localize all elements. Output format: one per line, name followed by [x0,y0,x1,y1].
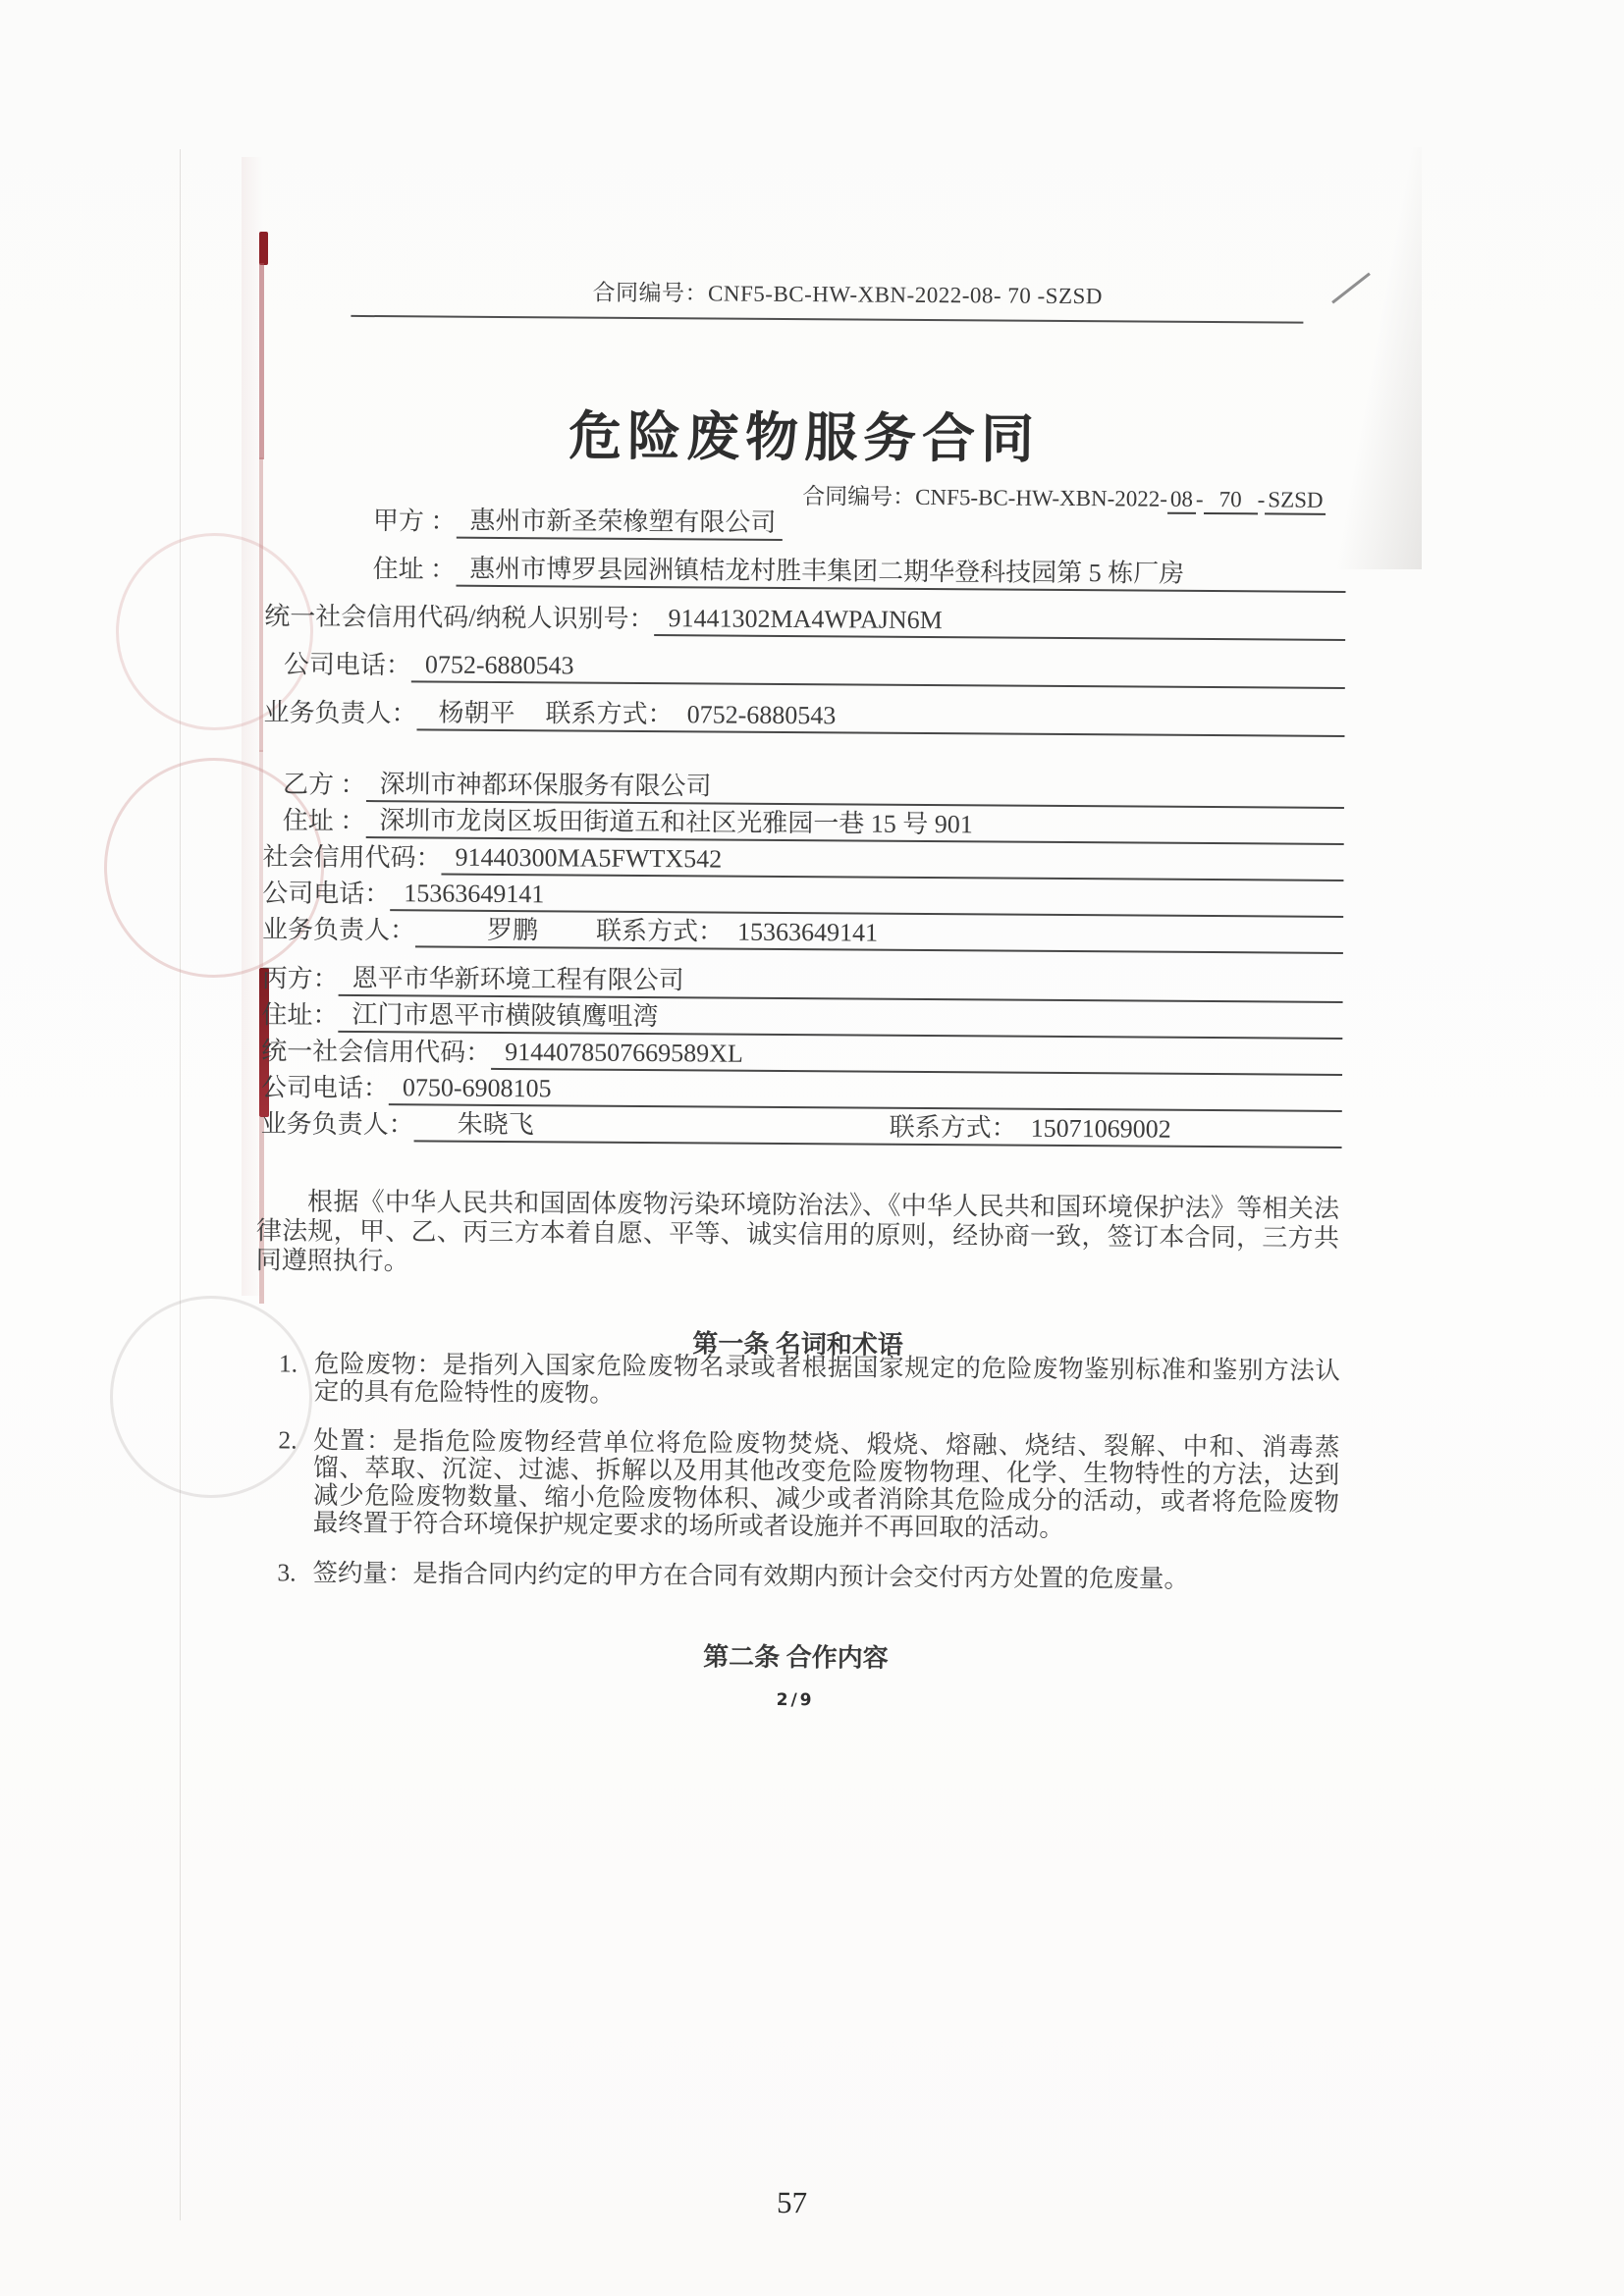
field-label: 公司电话： [261,1072,389,1105]
party-b-phone-row: 公司电话： 15363649141 [258,877,1343,918]
field-value: 惠州市博罗县园洲镇桔龙村胜丰集团二期华登科技园第 5 栋厂房 [456,554,1346,593]
contact-label: 联系方式： [596,916,737,947]
party-b-credit-code-row: 社会信用代码： 91440300MA5FWTX542 [258,840,1343,881]
header-underline [351,315,1303,324]
sheet-content: 合同编号：CNF5-BC-HW-XBN-2022-08- 70 -SZSD 危险… [0,0,1624,2296]
field-value: 朱晓飞 联系方式： 15071069002 [414,1108,1342,1148]
party-c-contact-row: 业务负责人： 朱晓飞 联系方式： 15071069002 [257,1107,1342,1148]
field-label: 公司电话： [284,649,411,682]
contract-number-dash: - [1196,487,1204,511]
field-label: 统一社会信用代码： [261,1036,491,1070]
scanned-contract-page: 合同编号：CNF5-BC-HW-XBN-2022-08- 70 -SZSD 危险… [0,0,1624,2296]
contract-number-label: 合同编号： [802,484,915,509]
field-label: 业务负责人： [263,697,416,730]
field-value: 深圳市神都环保服务有限公司 [365,769,1344,809]
field-value: 0750-6908105 [389,1072,1342,1112]
field-value: 恩平市华新环境工程有限公司 [339,963,1343,1003]
party-b-block: 乙方 ： 深圳市神都环保服务有限公司 住址 ： 深圳市龙岗区坂田街道五和社区光雅… [258,768,1344,957]
term-item-3: 3. 签约量：是指合同内约定的甲方在合同有效期内预计会交付丙方处置的危废量。 [253,1559,1338,1594]
contact-name: 杨朝平 [431,697,546,728]
term-number: 3. [277,1559,296,1586]
term-number: 1. [279,1350,298,1377]
field-value: 惠州市新圣荣橡塑有限公司 [456,506,782,541]
field-value: 罗鹏 联系方式： 15363649141 [415,914,1343,954]
term-text: 签约量：是指合同内约定的甲方在合同有效期内预计会交付丙方处置的危废量。 [312,1559,1189,1593]
intro-paragraph: 根据《中华人民共和国固体废物污染环境防治法》、《中华人民共和国环境保护法》等相关… [256,1187,1340,1283]
contact-number: 0752-6880543 [687,699,1339,734]
sheet-page-number: 57 [249,2181,1334,2224]
contact-name: 朱晓飞 [428,1108,890,1142]
field-label: 甲方 ： [373,506,457,539]
party-c-block: 丙方： 恩平市华新环境工程有限公司 住址： 江门市恩平市横陂镇鹰咀湾 统一社会信… [257,962,1343,1151]
field-label: 住址 ： [283,805,366,838]
term-number: 2. [278,1426,297,1454]
page-title: 危险废物服务合同 [261,392,1347,475]
contract-number-prefix: CNF5-BC-HW-XBN-2022- [915,485,1167,511]
term-item-1: 1. 危险废物：是指列入国家危险废物名录或者根据国家规定的危险废物鉴别标准和鉴别… [255,1350,1340,1413]
field-label: 统一社会信用代码/纳税人识别号： [264,601,654,636]
contact-number: 15071069002 [1031,1113,1336,1146]
field-label: 乙方 ： [283,769,366,802]
party-a-name-row: 甲方 ： 惠州市新圣荣橡塑有限公司 [261,504,1346,545]
party-c-credit-code-row: 统一社会信用代码： 9144078507669589XL [257,1035,1342,1076]
field-value: 深圳市龙岗区坂田街道五和社区光雅园一巷 15 号 901 [365,805,1344,845]
field-value: 杨朝平 联系方式： 0752-6880543 [416,697,1344,737]
contact-label: 联系方式： [890,1112,1031,1144]
contact-number: 15363649141 [737,917,1337,951]
field-label: 业务负责人： [262,914,415,947]
party-a-address-row: 住址 ： 惠州市博罗县园洲镇桔龙村胜丰集团二期华登科技园第 5 栋厂房 [261,552,1346,593]
section-2-heading: 第二条 合作内容 [253,1633,1338,1678]
field-label: 丙方： [262,963,339,996]
party-c-address-row: 住址： 江门市恩平市横陂镇鹰咀湾 [257,998,1342,1040]
contact-label: 联系方式： [546,698,687,729]
field-value: 江门市恩平市横陂镇鹰咀湾 [338,999,1342,1040]
party-b-name-row: 乙方 ： 深圳市神都环保服务有限公司 [259,768,1344,809]
party-c-phone-row: 公司电话： 0750-6908105 [257,1071,1342,1112]
party-a-phone-row: 公司电话： 0752-6880543 [260,648,1345,689]
field-value: 9144078507669589XL [491,1037,1342,1076]
page-indicator: 2/9 [253,1686,1338,1714]
term-text: 危险废物：是指列入国家危险废物名录或者根据国家规定的危险废物鉴别标准和鉴别方法认… [314,1350,1340,1408]
field-value: 91440300MA5FWTX542 [441,842,1343,881]
field-label: 公司电话： [262,878,390,911]
field-label: 社会信用代码： [262,841,441,875]
party-a-contact-row: 业务负责人： 杨朝平 联系方式： 0752-6880543 [259,696,1344,737]
term-item-2: 2. 处置：是指危险废物经营单位将危险废物焚烧、煅烧、熔融、烧结、裂解、中和、消… [254,1426,1340,1544]
party-c-name-row: 丙方： 恩平市华新环境工程有限公司 [258,962,1343,1003]
field-value: 0752-6880543 [411,649,1345,689]
field-label: 住址 ： [373,554,457,587]
field-label: 住址： [261,999,338,1033]
party-a-credit-code-row: 统一社会信用代码/纳税人识别号： 91441302MA4WPAJN6M [260,600,1345,641]
party-a-block: 甲方 ： 惠州市新圣荣橡塑有限公司 住址 ： 惠州市博罗县园洲镇桔龙村胜丰集团二… [259,504,1346,752]
party-b-contact-row: 业务负责人： 罗鹏 联系方式： 15363649141 [258,913,1343,954]
field-value: 91441302MA4WPAJN6M [654,603,1345,641]
header-contract-number: 合同编号：CNF5-BC-HW-XBN-2022-08- 70 -SZSD [592,275,1103,311]
term-text: 处置：是指危险废物经营单位将危险废物焚烧、煅烧、熔融、烧结、裂解、中和、消毒蒸馏… [313,1426,1340,1542]
contact-name: 罗鹏 [429,914,596,945]
party-b-address-row: 住址 ： 深圳市龙岗区坂田街道五和社区光雅园一巷 15 号 901 [259,804,1344,845]
field-label: 业务负责人： [261,1108,414,1142]
field-value: 15363649141 [390,878,1343,918]
